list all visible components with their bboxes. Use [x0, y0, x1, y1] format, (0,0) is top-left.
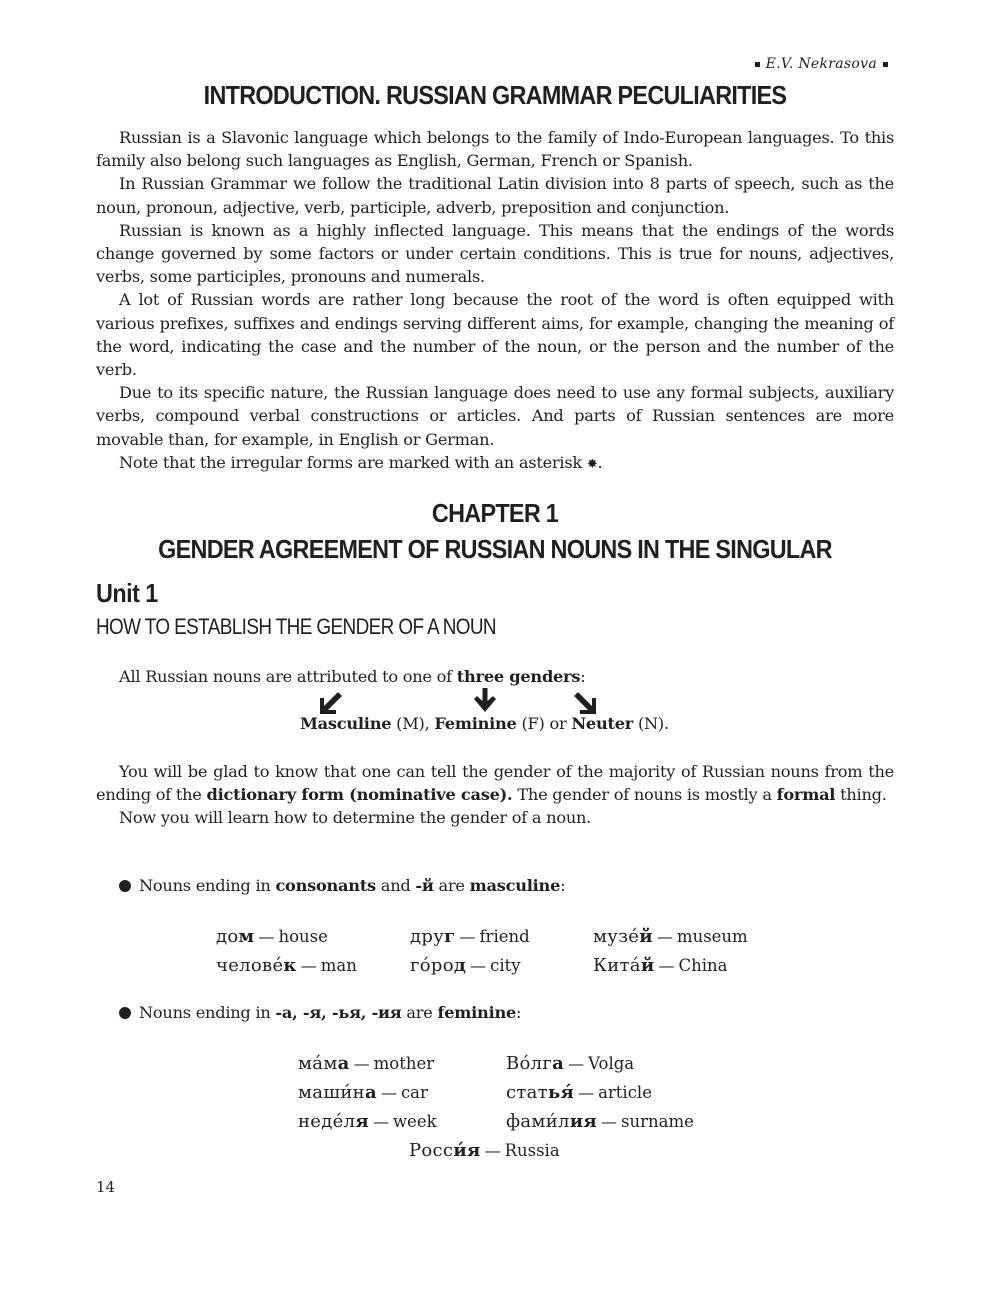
vocab-entry: статья́—article	[506, 1082, 652, 1103]
introduction-title: INTRODUCTION. RUSSIAN GRAMMAR PECULIARIT…	[50, 80, 941, 111]
english-translation: house	[278, 927, 327, 946]
vocab-entry: дом—house	[216, 926, 328, 947]
text: Nouns ending in	[139, 1003, 275, 1022]
intro-paragraph: In Russian Grammar we follow the traditi…	[96, 172, 894, 218]
word-stem: стат	[506, 1082, 548, 1103]
em-dash: —	[354, 1054, 370, 1073]
word-ending: и́я	[453, 1140, 480, 1161]
em-dash: —	[470, 956, 486, 975]
english-translation: car	[401, 1083, 428, 1102]
text: The gender of nouns is mostly a	[512, 785, 776, 804]
em-dash: —	[301, 956, 317, 975]
word-ending: й	[639, 926, 653, 947]
word-stem: музе́	[593, 926, 639, 947]
square-bullet-icon	[883, 62, 888, 67]
em-dash: —	[485, 1141, 501, 1160]
english-translation: museum	[677, 927, 748, 946]
word-stem: дру	[410, 926, 444, 947]
english-translation: surname	[621, 1112, 694, 1131]
vocab-entry: го́род—city	[410, 955, 521, 976]
word-stem: фами́л	[506, 1111, 570, 1132]
em-dash: —	[258, 927, 274, 946]
word-ending: а	[552, 1053, 564, 1074]
word-ending: а	[365, 1082, 377, 1103]
word-ending: я	[355, 1111, 369, 1132]
russian-word: маши́на	[298, 1082, 377, 1103]
page-number: 14	[96, 1178, 115, 1196]
russian-word: Росси́я	[409, 1140, 481, 1161]
english-translation: article	[598, 1083, 652, 1102]
intro-paragraph: A lot of Russian words are rather long b…	[96, 288, 894, 381]
bullet-icon	[119, 1007, 131, 1019]
note-text: Note that the irregular forms are marked…	[119, 453, 582, 472]
text: and	[376, 876, 415, 895]
word-stem: до	[216, 926, 239, 947]
lead-bold: three genders	[457, 667, 580, 686]
word-stem: маши́н	[298, 1082, 365, 1103]
word-stem: го́ро	[410, 955, 454, 976]
masculine-rule: Nouns ending in consonants and -й are ma…	[119, 876, 565, 895]
introduction-body: Russian is a Slavonic language which bel…	[96, 126, 894, 476]
english-translation: Russia	[505, 1141, 560, 1160]
text: thing.	[835, 785, 886, 804]
running-head: E.V. Nekrasova	[749, 56, 894, 72]
neuter-abbr: (N).	[633, 714, 669, 733]
text: :	[560, 876, 565, 895]
english-translation: week	[393, 1112, 437, 1131]
genders-lead: All Russian nouns are attributed to one …	[119, 667, 585, 686]
text: are	[402, 1003, 438, 1022]
english-translation: China	[678, 956, 727, 975]
word-ending: а	[338, 1053, 350, 1074]
russian-word: статья́	[506, 1082, 574, 1103]
russian-word: го́род	[410, 955, 466, 976]
em-dash: —	[578, 1083, 594, 1102]
bold-text: dictionary form (nominative case).	[207, 785, 513, 804]
word-ending: й	[641, 955, 655, 976]
word-ending: ия	[570, 1111, 597, 1132]
masculine-label: Masculine	[300, 714, 391, 733]
chapter-title: GENDER AGREEMENT OF RUSSIAN NOUNS IN THE…	[50, 534, 941, 565]
english-translation: friend	[479, 927, 529, 946]
unit-subtitle: HOW TO ESTABLISH THE GENDER OF A NOUN	[96, 614, 496, 640]
vocab-entry: челове́к—man	[216, 955, 357, 976]
em-dash: —	[658, 956, 674, 975]
word-ending: к	[283, 955, 296, 976]
russian-word: Во́лга	[506, 1053, 564, 1074]
text: :	[516, 1003, 521, 1022]
vocab-entry: Во́лга—Volga	[506, 1053, 634, 1074]
russian-word: друг	[410, 926, 455, 947]
intro-paragraph: Due to its specific nature, the Russian …	[96, 381, 894, 451]
word-ending: м	[239, 926, 255, 947]
english-translation: Volga	[588, 1054, 634, 1073]
russian-word: ма́ма	[298, 1053, 350, 1074]
russian-word: музе́й	[593, 926, 653, 947]
feminine-rule: Nouns ending in -а, -я, -ья, -ия are fem…	[119, 1003, 521, 1022]
word-ending: ья́	[548, 1082, 574, 1103]
vocab-entry: маши́на—car	[298, 1082, 428, 1103]
bold-text: masculine	[470, 876, 560, 895]
asterisk-icon: ✸	[587, 457, 598, 472]
word-stem: ма́м	[298, 1053, 338, 1074]
em-dash: —	[381, 1083, 397, 1102]
vocab-entry: друг—friend	[410, 926, 530, 947]
vocab-entry: Росси́я—Russia	[409, 1140, 560, 1161]
word-stem: неде́л	[298, 1111, 355, 1132]
word-ending: д	[454, 955, 466, 976]
chapter-label: CHAPTER 1	[50, 498, 941, 529]
russian-word: неде́ля	[298, 1111, 369, 1132]
arrow-down-left-icon	[318, 690, 342, 714]
russian-word: фами́лия	[506, 1111, 597, 1132]
word-stem: челове́	[216, 955, 283, 976]
bold-text: formal	[777, 785, 836, 804]
intro-paragraph: Russian is known as a highly inflected l…	[96, 219, 894, 289]
bold-text: -а, -я, -ья, -ия	[275, 1003, 401, 1022]
em-dash: —	[568, 1054, 584, 1073]
explanation-paragraph: You will be glad to know that one can te…	[96, 760, 894, 806]
intro-paragraph: Russian is a Slavonic language which bel…	[96, 126, 894, 172]
feminine-label: Feminine	[434, 714, 516, 733]
word-ending: г	[444, 926, 455, 947]
russian-word: дом	[216, 926, 254, 947]
note-period: .	[598, 453, 603, 472]
vocab-entry: ма́ма—mother	[298, 1053, 434, 1074]
explanation-paragraph: Now you will learn how to determine the …	[96, 806, 894, 829]
english-translation: mother	[374, 1054, 435, 1073]
masculine-abbr: (M),	[391, 714, 434, 733]
neuter-label: Neuter	[571, 714, 633, 733]
em-dash: —	[373, 1112, 389, 1131]
arrow-down-right-icon	[574, 690, 598, 714]
lead-text: All Russian nouns are attributed to one …	[119, 667, 457, 686]
vocab-entry: музе́й—museum	[593, 926, 748, 947]
bullet-icon	[119, 880, 131, 892]
author-name: E.V. Nekrasova	[766, 56, 877, 72]
word-stem: Росс	[409, 1140, 453, 1161]
intro-paragraph-asterisk-note: Note that the irregular forms are marked…	[96, 451, 894, 476]
explanation-body: You will be glad to know that one can te…	[96, 760, 894, 830]
vocab-entry: неде́ля—week	[298, 1111, 437, 1132]
bold-text: -й	[415, 876, 433, 895]
em-dash: —	[601, 1112, 617, 1131]
feminine-abbr: (F) or	[517, 714, 572, 733]
lead-colon: :	[580, 667, 585, 686]
vocab-entry: фами́лия—surname	[506, 1111, 694, 1132]
gender-list: Masculine (M), Feminine (F) or Neuter (N…	[300, 714, 669, 733]
english-translation: man	[321, 956, 357, 975]
text: Nouns ending in	[139, 876, 275, 895]
word-stem: Кита́	[593, 955, 641, 976]
unit-label: Unit 1	[96, 578, 158, 609]
square-bullet-icon	[755, 62, 760, 67]
bold-text: consonants	[275, 876, 375, 895]
em-dash: —	[459, 927, 475, 946]
vocab-entry: Кита́й—China	[593, 955, 727, 976]
text: are	[434, 876, 470, 895]
russian-word: Кита́й	[593, 955, 654, 976]
em-dash: —	[657, 927, 673, 946]
bold-text: feminine	[438, 1003, 517, 1022]
russian-word: челове́к	[216, 955, 297, 976]
english-translation: city	[490, 956, 520, 975]
word-stem: Во́лг	[506, 1053, 552, 1074]
arrow-down-icon	[473, 688, 497, 712]
